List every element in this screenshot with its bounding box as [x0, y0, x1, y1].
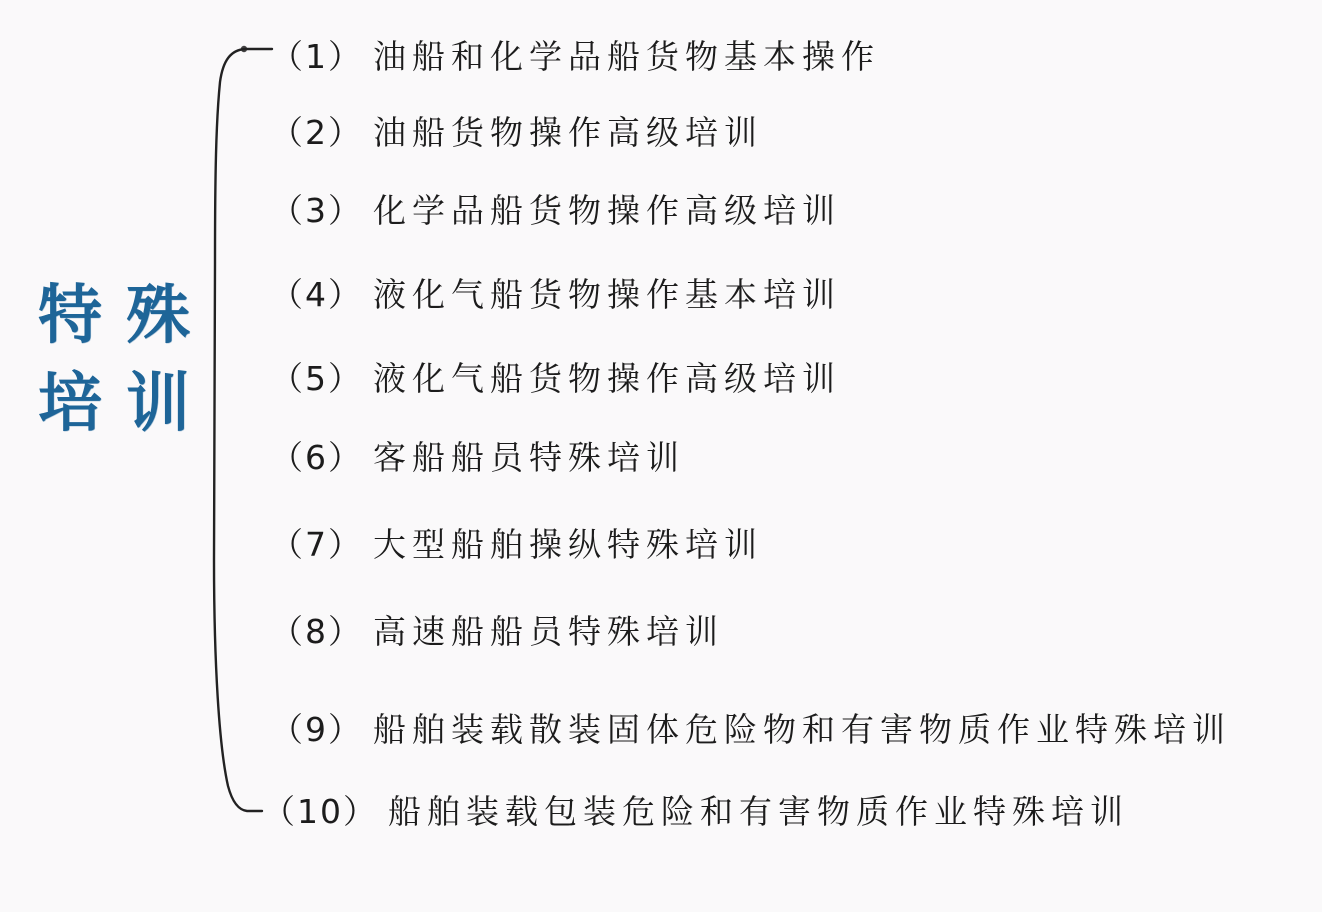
list-item: （9） 船舶装载散装固体危险物和有害物质作业特殊培训	[270, 708, 1231, 752]
list-item: （10） 船舶装载包装危险和有害物质作业特殊培训	[262, 790, 1129, 834]
item-text: 液化气船货物操作高级培训	[373, 357, 841, 401]
item-text: 油船货物操作高级培训	[373, 111, 763, 155]
item-number: （8）	[270, 610, 363, 654]
item-number: （9）	[270, 708, 363, 752]
item-number: （1）	[270, 35, 363, 79]
item-text: 大型船舶操纵特殊培训	[373, 523, 763, 567]
item-text: 客船船员特殊培训	[373, 436, 685, 480]
list-item: （2） 油船货物操作高级培训	[270, 111, 763, 155]
list-item: （6） 客船船员特殊培训	[270, 436, 685, 480]
list-item: （4） 液化气船货物操作基本培训	[270, 273, 841, 317]
list-item: （3） 化学品船货物操作高级培训	[270, 189, 841, 233]
list-item: （7） 大型船舶操纵特殊培训	[270, 523, 763, 567]
item-text: 船舶装载包装危险和有害物质作业特殊培训	[388, 790, 1129, 834]
item-text: 油船和化学品船货物基本操作	[373, 35, 880, 79]
item-text: 化学品船货物操作高级培训	[373, 189, 841, 233]
item-number: （6）	[270, 436, 363, 480]
item-text: 液化气船货物操作基本培训	[373, 273, 841, 317]
list-item: （5） 液化气船货物操作高级培训	[270, 357, 841, 401]
item-number: （4）	[270, 273, 363, 317]
item-number: （5）	[270, 357, 363, 401]
item-number: （2）	[270, 111, 363, 155]
item-number: （10）	[262, 790, 378, 834]
list-item: （1） 油船和化学品船货物基本操作	[270, 35, 880, 79]
item-number: （7）	[270, 523, 363, 567]
item-text: 船舶装载散装固体危险物和有害物质作业特殊培训	[373, 708, 1231, 752]
bracket-diagram: 特殊 培训 （1） 油船和化学品船货物基本操作 （2） 油船货物操作高级培训 （…	[0, 0, 1322, 912]
list-item: （8） 高速船船员特殊培训	[270, 610, 724, 654]
item-text: 高速船船员特殊培训	[373, 610, 724, 654]
training-items-list: （1） 油船和化学品船货物基本操作 （2） 油船货物操作高级培训 （3） 化学品…	[0, 0, 1322, 912]
item-number: （3）	[270, 189, 363, 233]
